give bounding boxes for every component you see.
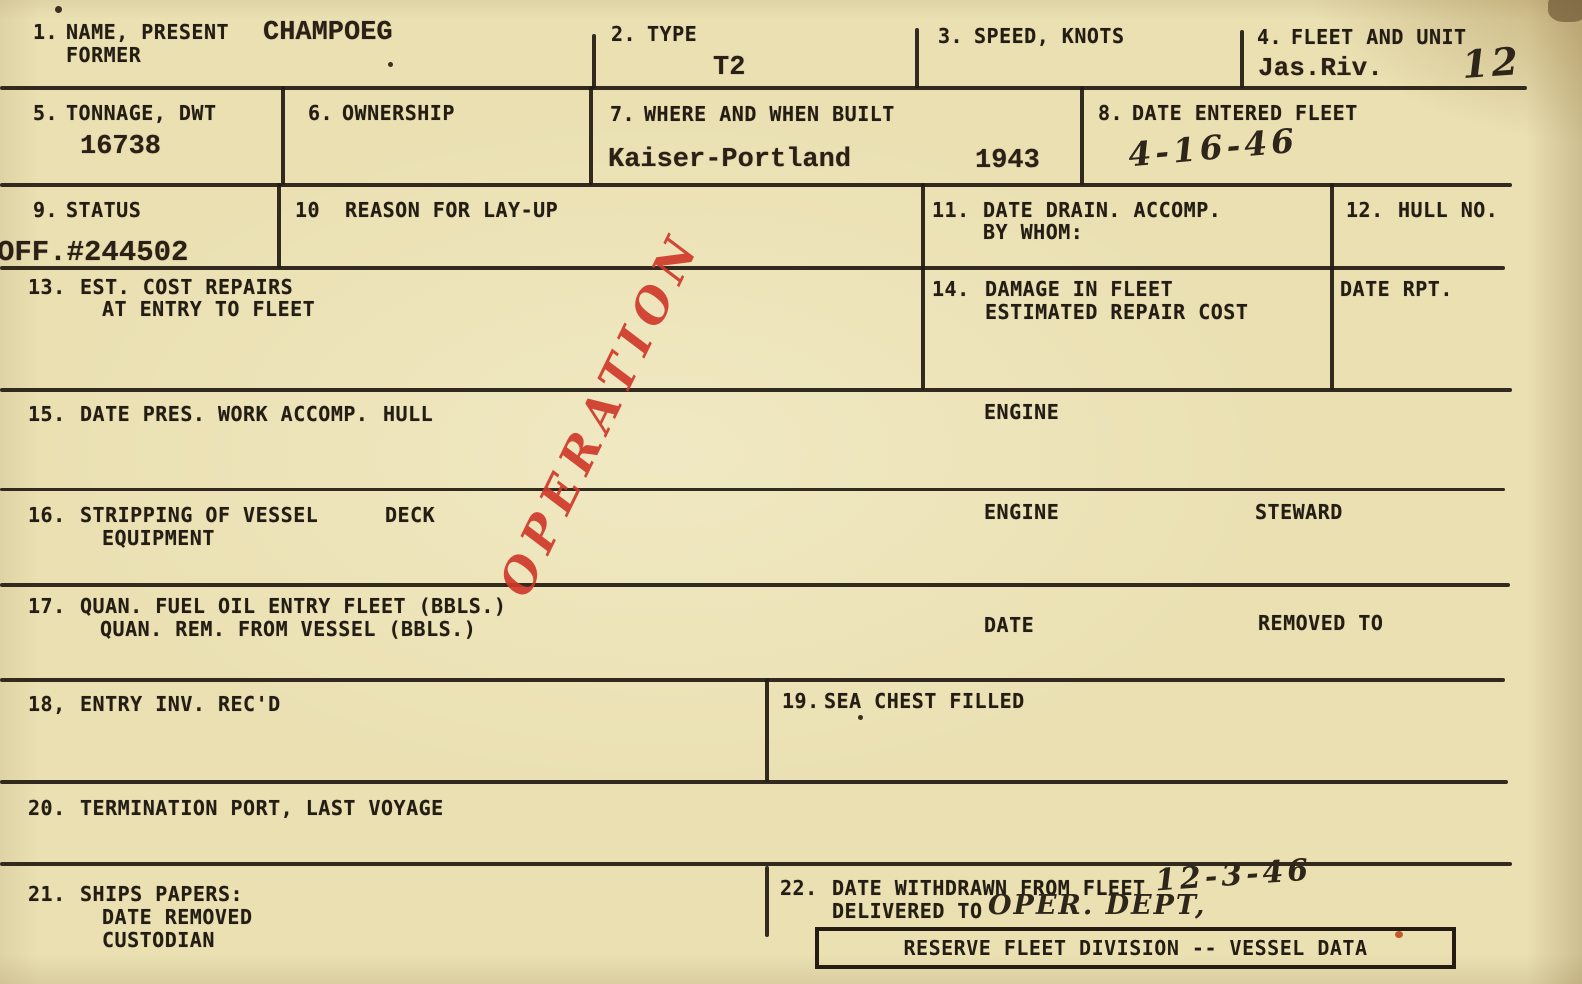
field-10-number: 10 — [295, 198, 320, 222]
field-4-handwritten-value: 12 — [1461, 38, 1523, 87]
field-6-label: OWNERSHIP — [342, 101, 455, 125]
grid-line-v — [281, 86, 285, 185]
field-6-number: 6. — [308, 101, 333, 125]
field-3-number: 3. — [938, 24, 963, 48]
field-4-label: FLEET AND UNIT — [1291, 25, 1467, 49]
field-13-label: EST. COST REPAIRS — [80, 275, 293, 299]
field-17-number: 17. — [28, 594, 66, 618]
form-title: RESERVE FLEET DIVISION -- VESSEL DATA — [903, 936, 1367, 960]
field-13-number: 13. — [28, 275, 66, 299]
field-19-label: SEA CHEST FILLED — [824, 689, 1025, 713]
paper-speck — [55, 6, 62, 13]
field-21-label-line3: CUSTODIAN — [102, 928, 215, 952]
field-1-number: 1. — [33, 20, 58, 44]
grid-line-h — [0, 488, 1505, 491]
vessel-data-card: 1. NAME, PRESENT FORMER CHAMPOEG 2. TYPE… — [0, 0, 1582, 984]
grid-line-v — [765, 678, 769, 782]
field-14-number: 14. — [932, 277, 970, 301]
grid-line-v — [1240, 30, 1244, 88]
field-1-label-line2: FORMER — [66, 43, 141, 67]
field-1-value: CHAMPOEG — [263, 18, 393, 48]
field-22-label-line2: DELIVERED TO — [832, 899, 983, 923]
field-16-label: STRIPPING OF VESSEL — [80, 503, 318, 527]
grid-line-h — [0, 266, 1505, 270]
field-16-engine-label: ENGINE — [984, 500, 1059, 524]
field-17-date-label: DATE — [984, 613, 1034, 637]
field-14-label-line2: ESTIMATED REPAIR COST — [985, 300, 1248, 324]
grid-line-h — [0, 780, 1508, 784]
field-15-label: DATE PRES. WORK ACCOMP. — [80, 402, 368, 426]
field-12-number: 12. — [1346, 198, 1384, 222]
field-22-number: 22. — [780, 876, 818, 900]
field-7-value: Kaiser-Portland — [608, 145, 851, 175]
field-17-removed-to-label: REMOVED TO — [1258, 611, 1383, 635]
field-4-value: Jas.Riv. — [1258, 53, 1383, 83]
grid-line-h — [0, 583, 1510, 587]
field-11-number: 11. — [932, 198, 970, 222]
grid-line-v — [1080, 86, 1084, 185]
field-2-number: 2. — [611, 22, 636, 46]
field-20-number: 20. — [28, 796, 66, 820]
field-2-label: TYPE — [647, 22, 697, 46]
field-8-number: 8. — [1098, 101, 1123, 125]
paper-edge-shadow — [1548, 0, 1582, 22]
field-3-label: SPEED, KNOTS — [974, 24, 1125, 48]
field-21-label: SHIPS PAPERS: — [80, 882, 243, 906]
field-12-label: HULL NO. — [1398, 198, 1498, 222]
field-16-deck-label: DECK — [385, 503, 435, 527]
field-1-label: NAME, PRESENT — [66, 20, 229, 44]
field-20-label: TERMINATION PORT, LAST VOYAGE — [80, 796, 444, 820]
grid-line-v — [921, 266, 925, 390]
field-5-value: 16738 — [80, 132, 161, 162]
field-21-number: 21. — [28, 882, 66, 906]
field-15-number: 15. — [28, 402, 66, 426]
field-17-label-line2: QUAN. REM. FROM VESSEL (BBLS.) — [100, 617, 476, 641]
field-7-label: WHERE AND WHEN BUILT — [644, 102, 895, 126]
paper-speck — [1395, 931, 1403, 938]
field-16-steward-label: STEWARD — [1255, 500, 1343, 524]
paper-speck — [388, 62, 393, 67]
field-5-label: TONNAGE, DWT — [66, 101, 217, 125]
operation-stamp: OPERATION — [488, 221, 712, 604]
grid-line-v — [765, 866, 769, 937]
field-16-label-line2: EQUIPMENT — [102, 526, 215, 550]
field-11-label-line2: BY WHOM: — [983, 220, 1083, 244]
form-title-box: RESERVE FLEET DIVISION -- VESSEL DATA — [815, 927, 1456, 969]
grid-line-v — [592, 34, 596, 88]
field-9-value: OFF.#244502 — [0, 236, 188, 269]
grid-line-h — [0, 388, 1512, 392]
field-8-handwritten-value: 4-16-46 — [1127, 121, 1300, 175]
field-11-label: DATE DRAIN. ACCOMP. — [983, 198, 1221, 222]
grid-line-h — [0, 183, 1512, 187]
field-18-label: ENTRY INV. REC'D — [80, 692, 281, 716]
field-15-hull-label: HULL — [383, 402, 433, 426]
grid-line-v — [277, 183, 281, 268]
grid-line-v — [915, 28, 919, 88]
field-19-number: 19. — [782, 689, 820, 713]
grid-line-h — [0, 86, 1527, 90]
field-9-label: STATUS — [66, 198, 141, 222]
grid-line-h — [0, 678, 1505, 682]
field-22-handwritten-dept: OPER. DEPT, — [988, 890, 1206, 921]
field-18-number: 18, — [28, 692, 66, 716]
field-14-label: DAMAGE IN FLEET — [985, 277, 1173, 301]
field-8-label: DATE ENTERED FLEET — [1132, 101, 1358, 125]
field-15-engine-label: ENGINE — [984, 400, 1059, 424]
paper-speck — [858, 715, 863, 720]
field-5-number: 5. — [33, 101, 58, 125]
grid-line-v — [921, 183, 925, 268]
field-14-date-rpt-label: DATE RPT. — [1340, 277, 1453, 301]
field-16-number: 16. — [28, 503, 66, 527]
field-4-number: 4. — [1257, 25, 1282, 49]
field-7-value-year: 1943 — [975, 146, 1040, 176]
field-9-number: 9. — [33, 198, 58, 222]
field-13-label-line2: AT ENTRY TO FLEET — [102, 297, 315, 321]
field-2-value: T2 — [713, 53, 745, 83]
field-17-label: QUAN. FUEL OIL ENTRY FLEET (BBLS.) — [80, 594, 506, 618]
grid-line-v — [589, 86, 593, 185]
field-10-label: REASON FOR LAY-UP — [345, 198, 558, 222]
field-21-label-line2: DATE REMOVED — [102, 905, 253, 929]
field-7-number: 7. — [610, 102, 635, 126]
grid-line-v — [1330, 183, 1334, 390]
